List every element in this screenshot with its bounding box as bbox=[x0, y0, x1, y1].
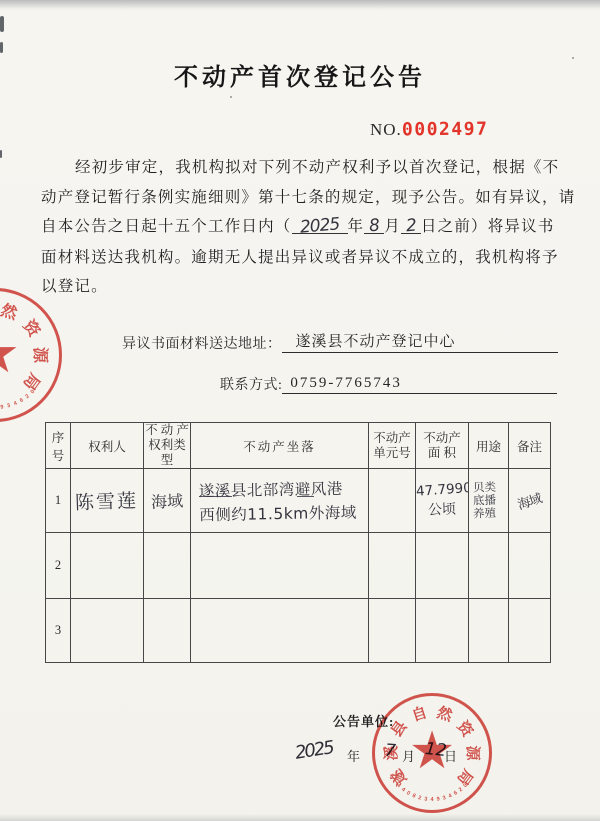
header-seq: 序号 bbox=[46, 423, 71, 469]
header-owner: 权利人 bbox=[71, 423, 144, 469]
seal-text-char: 溪 bbox=[380, 743, 400, 763]
cell-owner: 陈雪莲 bbox=[71, 469, 144, 533]
header-location: 不动产坐落 bbox=[191, 423, 369, 469]
scanned-announcement-page: 不动产首次登记公告 NO.0002497 经初步审定，我机构拟对下列不动产权利予… bbox=[0, 0, 600, 821]
table-row: 1 陈雪莲 海域 遂溪县北部湾避风港西侧约11.5km外海域 47.7990公顷… bbox=[46, 469, 551, 533]
cell-seq: 3 bbox=[46, 599, 71, 663]
objection-address-value: 遂溪县不动产登记中心 bbox=[282, 330, 559, 353]
handwritten-underline bbox=[297, 496, 314, 497]
handwritten-year: 2025 bbox=[299, 214, 340, 237]
page-title: 不动产首次登记公告 bbox=[0, 57, 600, 92]
document-number: NO.0002497 bbox=[370, 119, 488, 140]
header-unit-no: 不动产单元号 bbox=[369, 423, 416, 469]
seal-text-char: 资 bbox=[452, 714, 480, 742]
month-label: 月 bbox=[384, 218, 401, 235]
handwritten-location: 遂溪县北部湾避风港西侧约11.5km外海域 bbox=[191, 474, 369, 527]
body-line-4: 面材料送达我机构。逾期无人提出异议或者异议不成立的，我机构将予 bbox=[41, 245, 560, 267]
handwritten-area-unit: 公顷 bbox=[416, 498, 469, 520]
year-label: 年 bbox=[348, 218, 365, 235]
handwritten-right-type: 海域 bbox=[150, 488, 183, 513]
registration-table: 序号 权利人 不 动 产权利类型 不动产坐落 不动产单元号 不动产面 积 用途 … bbox=[45, 422, 551, 663]
star-icon: ★ bbox=[0, 325, 20, 381]
body-line-2: 动产登记暂行条例实施细则》第十七条的规定，现予公告。如有异议，请 bbox=[41, 185, 560, 207]
header-usage: 用途 bbox=[469, 423, 509, 469]
official-seal-left: ★ 遂溪县自然资源局4408234934620 bbox=[0, 288, 62, 422]
cell-location: 遂溪县北部湾避风港西侧约11.5km外海域 bbox=[191, 469, 369, 533]
cell-remark: 海域 bbox=[509, 469, 551, 533]
contact-value: 0759-7765743 bbox=[282, 375, 557, 394]
objection-address-label: 异议书面材料送达地址： bbox=[122, 333, 282, 353]
table-header-row: 序号 权利人 不 动 产权利类型 不动产坐落 不动产单元号 不动产面 积 用途 … bbox=[46, 423, 551, 469]
scan-smudge bbox=[0, 42, 3, 53]
cell-seq: 1 bbox=[46, 469, 71, 533]
year-blank: 2025 bbox=[292, 216, 348, 234]
objection-address-line: 异议书面材料送达地址： 遂溪县不动产登记中心 bbox=[122, 330, 558, 353]
scan-dot bbox=[230, 96, 232, 98]
handwritten-month: 8 bbox=[368, 216, 380, 237]
scan-edge-artifact-top bbox=[0, 0, 600, 9]
handwritten-footer-year: 2025 bbox=[294, 737, 335, 764]
scan-smudge bbox=[0, 150, 2, 158]
seal-text-char: 源 bbox=[32, 345, 52, 365]
footer-year-label: 年 bbox=[347, 746, 360, 765]
contact-line: 联系方式: 0759-7765743 bbox=[220, 374, 557, 394]
cell-seq: 2 bbox=[46, 533, 71, 599]
handwritten-remark: 海域 bbox=[515, 488, 544, 513]
handwritten-owner: 陈雪莲 bbox=[75, 486, 139, 515]
document-number-stamp: 0002497 bbox=[402, 119, 489, 141]
header-area: 不动产面 积 bbox=[416, 423, 469, 469]
handwritten-area-value: 47.7990 bbox=[416, 480, 469, 500]
scan-edge-artifact-bottom bbox=[0, 814, 600, 821]
cell-usage: 贝类 底播 养殖 bbox=[469, 469, 509, 533]
cell-unit-no bbox=[369, 469, 416, 533]
body-line-3: 自本公告之日起十五个工作日内（2025年8月2日之前）将异议书 bbox=[41, 214, 560, 236]
cell-right-type: 海域 bbox=[144, 469, 191, 533]
seal-text-char: 源 bbox=[464, 743, 484, 763]
body-line-5: 以登记。 bbox=[41, 274, 560, 296]
header-remark: 备注 bbox=[509, 423, 551, 469]
body-line-3-tail: 日之前）将异议书 bbox=[421, 218, 555, 235]
body-line-3-text: 自本公告之日起十五个工作日内（ bbox=[41, 218, 292, 235]
seal-text-char: 资 bbox=[19, 313, 47, 341]
body-line-1: 经初步审定，我机构拟对下列不动产权利予以首次登记，根据《不 bbox=[41, 155, 594, 177]
month-blank: 8 bbox=[364, 216, 384, 234]
cell-area: 47.7990公顷 bbox=[416, 469, 469, 533]
star-icon: ★ bbox=[409, 725, 456, 777]
table-row: 2 bbox=[46, 533, 551, 599]
document-number-prefix: NO. bbox=[370, 120, 402, 139]
handwritten-day: 2 bbox=[405, 216, 417, 237]
scan-smudge bbox=[0, 16, 4, 32]
official-seal-right: ★ 遂溪县自然资源局4408234934620 bbox=[372, 693, 492, 813]
day-blank: 2 bbox=[401, 216, 421, 234]
seal-text-char: 然 bbox=[0, 298, 22, 323]
handwritten-underline bbox=[199, 496, 232, 497]
contact-label: 联系方式: bbox=[220, 374, 282, 394]
table-row: 3 bbox=[46, 599, 551, 663]
header-right-type: 不 动 产权利类型 bbox=[144, 423, 191, 469]
